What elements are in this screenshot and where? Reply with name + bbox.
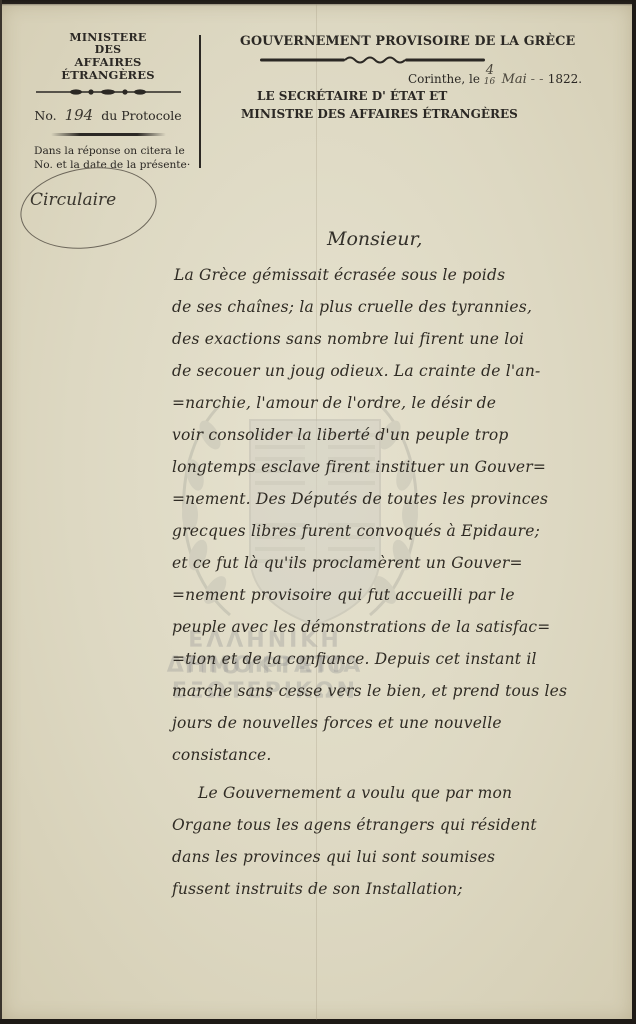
ministry-header-block: MINISTERE DES AFFAIRES ÉTRANGÈRES No. 19… <box>28 32 188 172</box>
protocol-suffix: du Protocole <box>101 108 181 123</box>
secretary-title-block: LE SECRÉTAIRE D' ÉTAT ET MINISTRE DES AF… <box>241 89 518 121</box>
secretary-line2: MINISTRE DES AFFAIRES ÉTRANGÈRES <box>241 107 518 121</box>
left-page-edge <box>0 0 2 1024</box>
letter-line: =nement. Des Députés de toutes les provi… <box>172 490 548 508</box>
letter-line: longtemps esclave firent instituer un Go… <box>172 458 546 476</box>
salutation: Monsieur, <box>327 228 422 250</box>
letter-line: grecques libres furent convoqués à Epida… <box>172 522 540 540</box>
protocol-number: 194 <box>61 106 98 124</box>
header-vertical-rule <box>199 35 201 168</box>
letter-line: dans les provinces qui lui sont soumises <box>172 848 495 866</box>
letter-line: fussent instruits de son Installation; <box>172 880 463 898</box>
date-year: 1822. <box>548 72 582 86</box>
protocol-number-line: No. 194 du Protocole <box>28 106 188 124</box>
letter-line: voir consolider la liberté d'un peuple t… <box>172 426 509 444</box>
date-month: Mai <box>502 72 527 87</box>
letter-line: jours de nouvelles forces et une nouvell… <box>172 714 502 732</box>
letter-line: =tion et de la confiance. Depuis cet ins… <box>172 650 537 668</box>
letter-line: =narchie, l'amour de l'ordre, le désir d… <box>172 394 496 412</box>
right-page-edge <box>632 0 636 1024</box>
letter-line: et ce fut là qu'ils proclamèrent un Gouv… <box>172 554 523 572</box>
letter-line: marche sans cesse vers le bien, et prend… <box>172 682 567 700</box>
wavy-divider-icon <box>260 56 485 64</box>
ministry-line3: AFFAIRES ÉTRANGÈRES <box>28 56 188 82</box>
protocol-prefix: No. <box>34 108 56 123</box>
government-header: GOUVERNEMENT PROVISOIRE DE LA GRÈCE <box>240 33 575 48</box>
ornamental-divider-icon <box>36 89 181 95</box>
reply-note-line1: Dans la réponse on citera le <box>28 144 188 158</box>
letter-line: de secouer un joug odieux. La crainte de… <box>172 362 540 380</box>
letter-line: peuple avec les démonstrations de la sat… <box>172 618 551 636</box>
place-prefix: Corinthe, le <box>408 72 480 86</box>
letter-line: de ses chaînes; la plus cruelle des tyra… <box>172 298 532 316</box>
letter-line: des exactions sans nombre lui firent une… <box>172 330 524 348</box>
date-day-fraction: 4 16 <box>484 73 498 87</box>
government-title: GOUVERNEMENT PROVISOIRE DE LA GRÈCE <box>240 33 575 48</box>
secretary-line1: LE SECRÉTAIRE D' ÉTAT ET <box>241 89 518 103</box>
circular-stamp-label: Circulaire <box>30 190 116 210</box>
top-edge-shadow <box>0 0 636 6</box>
letter-line: consistance. <box>172 746 272 764</box>
date-line: Corinthe, le 4 16 Mai - - 1822. <box>408 72 582 87</box>
letter-line: Organe tous les agens étrangers qui rési… <box>172 816 537 834</box>
bottom-page-edge <box>0 1019 636 1024</box>
date-dashes: - - <box>531 72 548 87</box>
letter-line: La Grèce gémissait écrasée sous le poids <box>174 266 505 284</box>
tapered-divider <box>51 133 166 136</box>
date-day-old-style: 4 <box>486 63 494 78</box>
letter-line: =nement provisoire qui fut accueilli par… <box>172 586 515 604</box>
letter-line: Le Gouvernement a voulu que par mon <box>198 784 512 802</box>
date-day-new-style: 16 <box>484 77 495 87</box>
